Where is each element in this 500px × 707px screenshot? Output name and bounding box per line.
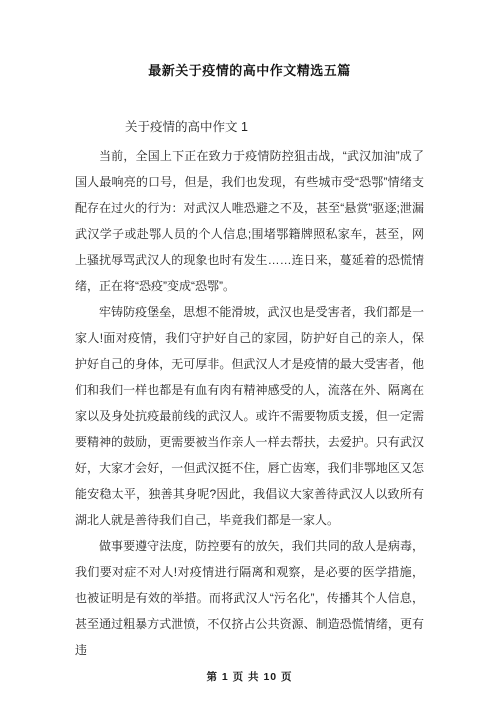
paragraph: 牢铸防疫堡垒，思想不能滑坡，武汉也是受害者，我们都是一家人!面对疫情，我们守护好… (75, 299, 424, 533)
essay-section-heading: 关于疫情的高中作文 1 (75, 117, 424, 137)
document-title: 最新关于疫情的高中作文精选五篇 (75, 60, 424, 82)
document-page: 最新关于疫情的高中作文精选五篇 关于疫情的高中作文 1 当前，全国上下正在致力于… (0, 0, 500, 707)
paragraph: 做事要遵守法度，防控要有的放矢，我们共同的敌人是病毒，我们要对症不对人!对疫情进… (75, 533, 424, 663)
page-number: 第 1 页 共 10 页 (75, 664, 424, 690)
document-body: 当前，全国上下正在致力于疫情防控狙击战，“武汉加油”成了国人最响亮的口号，但是，… (75, 143, 424, 663)
paragraph: 当前，全国上下正在致力于疫情防控狙击战，“武汉加油”成了国人最响亮的口号，但是，… (75, 143, 424, 299)
